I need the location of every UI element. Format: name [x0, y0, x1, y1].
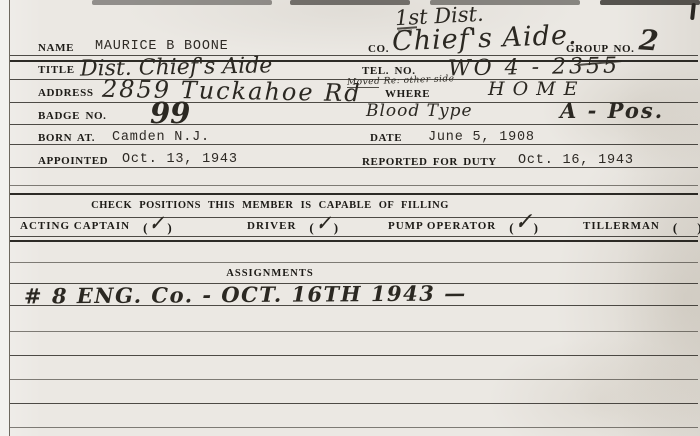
- assignments-heading: ASSIGNMENTS: [0, 268, 540, 279]
- name-label: NAME: [38, 42, 74, 54]
- position-acting-captain: ACTING CAPTAIN ( ✓ ): [20, 220, 172, 236]
- rule-line: [10, 217, 698, 218]
- scan-corner-mark: [690, 3, 696, 20]
- blood-type-value: A - Pos.: [560, 100, 664, 121]
- co-label: CO.: [368, 43, 389, 55]
- badge-label: BADGE NO.: [38, 110, 107, 122]
- paren-close: ): [334, 220, 338, 236]
- appointed-label: APPOINTED: [38, 155, 108, 167]
- address-value: 2859 Tuckahoe Rd: [102, 77, 362, 106]
- name-value: MAURICE B BOONE: [95, 39, 229, 54]
- scan-top-edge: [600, 0, 700, 5]
- position-label: PUMP OPERATOR: [388, 220, 496, 232]
- rule-line: [10, 124, 698, 125]
- paren-close: ): [167, 220, 171, 236]
- position-label: ACTING CAPTAIN: [20, 220, 130, 232]
- rule-line: [10, 193, 698, 195]
- paren-close: ): [534, 220, 538, 236]
- rule-line: [10, 355, 698, 356]
- where-label: WHERE: [385, 88, 430, 100]
- where-value: HOME: [488, 80, 585, 99]
- assignment-entry: # 8 ENG. Co. - OCT. 16TH 1943 —: [24, 282, 467, 306]
- reported-value: Oct. 16, 1943: [518, 153, 634, 168]
- date-label: DATE: [370, 132, 402, 144]
- card-left-edge: [0, 0, 10, 436]
- co-value: Chief's Aide.: [392, 22, 578, 55]
- position-label: TILLERMAN: [583, 220, 660, 232]
- reported-label: REPORTED FOR DUTY: [362, 156, 497, 168]
- rule-line: [10, 379, 698, 380]
- checkmark-icon: ✓: [148, 212, 166, 236]
- paren-open: (: [509, 220, 513, 236]
- checkmark-empty: [678, 213, 695, 216]
- rule-line: [10, 331, 698, 332]
- rule-line: [10, 236, 698, 237]
- rule-line: [10, 262, 698, 263]
- checkmark-icon: ✓: [314, 212, 332, 236]
- position-label: DRIVER: [247, 220, 296, 232]
- moved-note-underline: [347, 87, 379, 88]
- tel-value: WO 4 - 2355: [448, 56, 620, 81]
- group-value: 2: [638, 26, 659, 55]
- scan-top-edge: [290, 0, 410, 5]
- rule-line: [10, 185, 698, 186]
- date-value: June 5, 1908: [428, 130, 535, 145]
- record-card: NAME MAURICE B BOONE 1st Dist. CO. Chief…: [0, 0, 700, 436]
- born-label: BORN AT.: [38, 132, 95, 144]
- paren-open: (: [309, 220, 313, 236]
- badge-value: 99: [150, 99, 190, 128]
- address-label: ADDRESS: [38, 87, 94, 99]
- position-tillerman: TILLERMAN ( ): [583, 220, 700, 236]
- position-driver: DRIVER ( ✓ ): [247, 220, 338, 236]
- appointed-value: Oct. 13, 1943: [122, 152, 238, 167]
- title-label: TITLE: [38, 64, 75, 76]
- position-pump-operator: PUMP OPERATOR ( ✓ ): [388, 220, 538, 236]
- checkmark-icon: ✓: [514, 209, 532, 235]
- blood-type-label: Blood Type: [366, 103, 473, 120]
- rule-line: [10, 427, 698, 428]
- moved-note: Moved Re: other side: [347, 75, 455, 88]
- paren-open: (: [673, 220, 677, 236]
- rule-line: [10, 403, 698, 404]
- scan-top-edge: [92, 0, 272, 5]
- born-value: Camden N.J.: [112, 130, 210, 145]
- rule-line: [10, 240, 698, 242]
- positions-heading: CHECK POSITIONS THIS MEMBER IS CAPABLE O…: [0, 200, 540, 211]
